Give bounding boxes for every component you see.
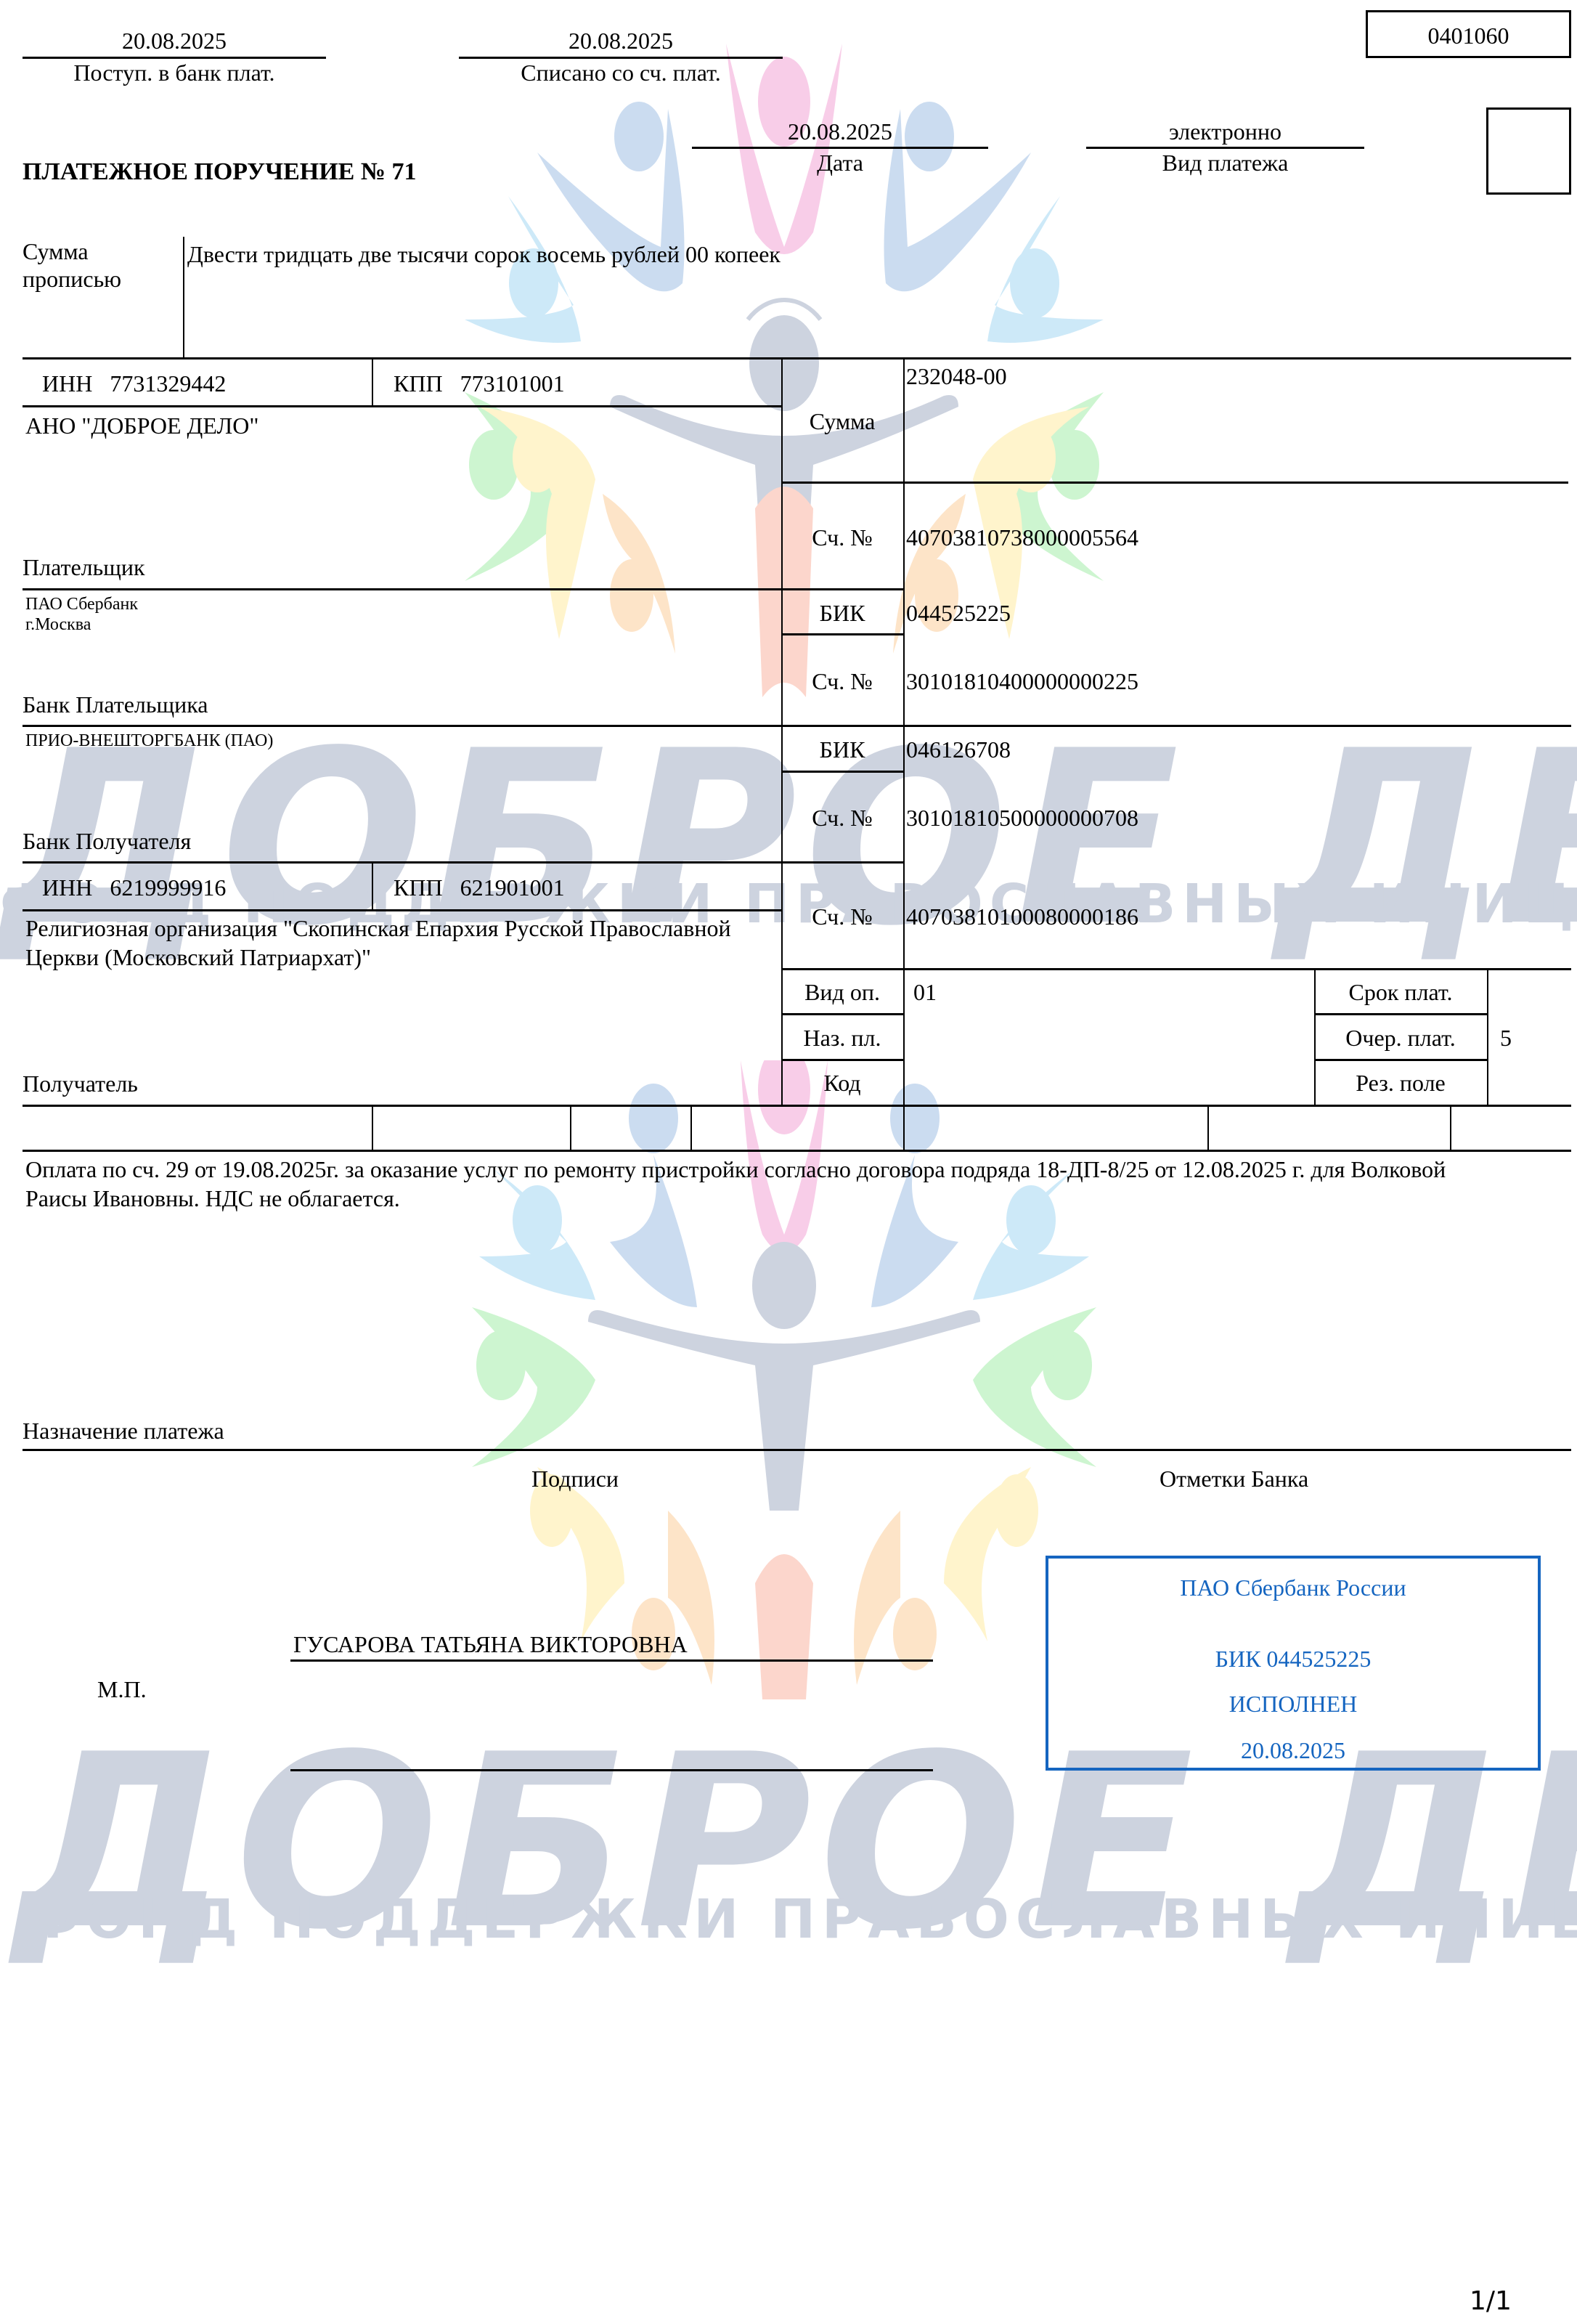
- payee-account-label: Сч. №: [781, 905, 903, 928]
- payee-corr-label: Сч. №: [781, 806, 903, 829]
- payee-inn-label: ИНН: [42, 874, 92, 901]
- form-code-box: 0401060: [1366, 10, 1571, 58]
- payer-bank-label: Банк Плательщика: [23, 693, 208, 716]
- amount-words-label-1: Сумма: [23, 240, 89, 263]
- grid-line-tax: [23, 1150, 1571, 1152]
- bank-stamp: ПАО Сбербанк России БИК 044525225 ИСПОЛН…: [1046, 1556, 1541, 1771]
- grid-line-codes: [781, 968, 1571, 970]
- grid-col-inn-kpp: [372, 357, 373, 407]
- payment-type: электронно: [1086, 120, 1364, 143]
- stamp-date: 20.08.2025: [1048, 1739, 1538, 1762]
- payee-kpp: 621901001: [460, 874, 565, 901]
- payer-account: 40703810738000005564: [906, 526, 1138, 549]
- grid-line-naz: [781, 1013, 903, 1015]
- priority-value: 5: [1500, 1026, 1512, 1049]
- payment-type-line: [1086, 147, 1364, 149]
- payer-bik-label: БИК: [781, 601, 903, 625]
- purpose-bottom-line: [23, 1449, 1571, 1451]
- bank-marks-label: Отметки Банка: [1160, 1467, 1308, 1490]
- tax-col-1: [372, 1105, 373, 1150]
- document-date-label: Дата: [692, 151, 988, 174]
- purpose-line-2: Раисы Ивановны. НДС не облагается.: [25, 1187, 400, 1210]
- grid-line-bottom: [23, 1105, 1571, 1107]
- grid-col-right: [903, 357, 905, 1105]
- payer-bank-name-2: г.Москва: [25, 616, 91, 633]
- reserve-label: Рез. поле: [1314, 1071, 1487, 1094]
- payee-kpp-group: КПП 621901001: [394, 876, 565, 899]
- payer-name: АНО "ДОБРОЕ ДЕЛО": [25, 414, 258, 437]
- stamp-bik: БИК 044525225: [1048, 1647, 1538, 1670]
- document-date: 20.08.2025: [692, 120, 988, 143]
- received-date: 20.08.2025: [23, 29, 326, 52]
- page-number: 1/1: [1470, 2286, 1512, 2316]
- grid-col-codes-value: [1487, 968, 1488, 1105]
- form-code: 0401060: [1368, 24, 1569, 47]
- watermark-logo-lower-top: [450, 392, 1118, 755]
- debited-date: 20.08.2025: [459, 29, 783, 52]
- payer-kpp-label: КПП: [394, 370, 443, 397]
- amount-words-value: Двести тридцать две тысячи сорок восемь …: [187, 243, 781, 266]
- payer-kpp: 773101001: [460, 370, 565, 397]
- grid-line-kod: [781, 1059, 903, 1061]
- tax-col-2: [570, 1105, 571, 1150]
- payer-label: Плательщик: [23, 556, 145, 579]
- payee-kpp-label: КПП: [394, 874, 443, 901]
- tax-col-4: [903, 1105, 905, 1150]
- op-type: 01: [913, 980, 937, 1004]
- grid-line-inn: [23, 405, 781, 407]
- grid-line-ocher: [1314, 1013, 1487, 1015]
- payer-bik: 044525225: [906, 601, 1011, 625]
- signature-line-1: [290, 1659, 933, 1662]
- received-label: Поступ. в банк плат.: [23, 61, 326, 84]
- payer-kpp-group: КПП 773101001: [394, 372, 565, 395]
- payer-corr: 30101810400000000225: [906, 670, 1138, 693]
- sum-value: 232048-00: [906, 365, 1007, 388]
- purpose-label: Назначение платежа: [23, 1419, 224, 1442]
- code-label: Код: [781, 1071, 903, 1094]
- document-date-line: [692, 147, 988, 149]
- grid-line-inn-2: [23, 909, 781, 911]
- debited-label: Списано со сч. плат.: [459, 61, 783, 84]
- payee-bik-label: БИК: [781, 738, 903, 761]
- amount-words-divider: [183, 237, 184, 357]
- debited-date-line: [459, 57, 783, 59]
- payee-inn: 6219999916: [110, 874, 226, 901]
- tax-col-3: [690, 1105, 692, 1150]
- document-title: ПЛАТЕЖНОЕ ПОРУЧЕНИЕ № 71: [23, 160, 417, 184]
- stamp-bank-name: ПАО Сбербанк России: [1048, 1576, 1538, 1599]
- payee-name-2: Церкви (Московский Патриархат)": [25, 946, 371, 969]
- stamp-status: ИСПОЛНЕН: [1048, 1692, 1538, 1715]
- payer-account-label: Сч. №: [781, 526, 903, 549]
- status-box: [1486, 107, 1571, 195]
- priority-label: Очер. плат.: [1314, 1026, 1487, 1049]
- signatures-label: Подписи: [531, 1467, 619, 1490]
- payee-bank-label: Банк Получателя: [23, 829, 191, 853]
- sum-label: Сумма: [781, 410, 903, 433]
- watermark-logo-top: [450, 29, 1118, 581]
- payment-type-label: Вид платежа: [1086, 151, 1364, 174]
- grid-col-inn-kpp-2: [372, 861, 373, 911]
- tax-col-6: [1450, 1105, 1451, 1150]
- purpose-line-1: Оплата по сч. 29 от 19.08.2025г. за оказ…: [25, 1158, 1446, 1181]
- payer-inn-group: ИНН 7731329442: [42, 372, 226, 395]
- payer-inn-label: ИНН: [42, 370, 92, 397]
- seal-label: М.П.: [97, 1678, 147, 1701]
- grid-line-bik2: [781, 771, 903, 773]
- payee-label: Получатель: [23, 1072, 138, 1095]
- payee-account: 40703810100080000186: [906, 905, 1138, 928]
- grid-line-payer: [23, 588, 903, 590]
- payer-inn: 7731329442: [110, 370, 226, 397]
- amount-words-label-2: прописью: [23, 267, 121, 290]
- op-type-label: Вид оп.: [781, 980, 903, 1004]
- payee-bik: 046126708: [906, 738, 1011, 761]
- payee-name-1: Религиозная организация "Скопинская Епар…: [25, 917, 731, 940]
- payer-corr-label: Сч. №: [781, 670, 903, 693]
- grid-line-payer-bank: [23, 725, 1571, 727]
- grid-line-top: [23, 357, 1571, 359]
- payee-corr: 30101810500000000708: [906, 806, 1138, 829]
- received-date-line: [23, 57, 326, 59]
- payee-inn-group: ИНН 6219999916: [42, 876, 226, 899]
- grid-line-bik1: [781, 633, 903, 635]
- tax-col-5: [1207, 1105, 1209, 1150]
- grid-line-rez: [1314, 1059, 1487, 1061]
- watermark-subtitle-2: ФОНД ПОДДЕРЖКИ ПРАВОСЛАВНЫХ ИНИЦИАТИВ: [26, 1893, 1577, 1946]
- payer-bank-name-1: ПАО Сбербанк: [25, 596, 138, 613]
- payee-bank-name: ПРИО-ВНЕШТОРГБАНК (ПАО): [25, 732, 273, 749]
- due-label: Срок плат.: [1314, 980, 1487, 1004]
- purpose-code-label: Наз. пл.: [781, 1026, 903, 1049]
- grid-line-sum: [781, 482, 1568, 484]
- signature-line-2: [290, 1769, 933, 1771]
- grid-line-payee-bank: [23, 861, 903, 864]
- signer-name: ГУСАРОВА ТАТЬЯНА ВИКТОРОВНА: [293, 1633, 688, 1656]
